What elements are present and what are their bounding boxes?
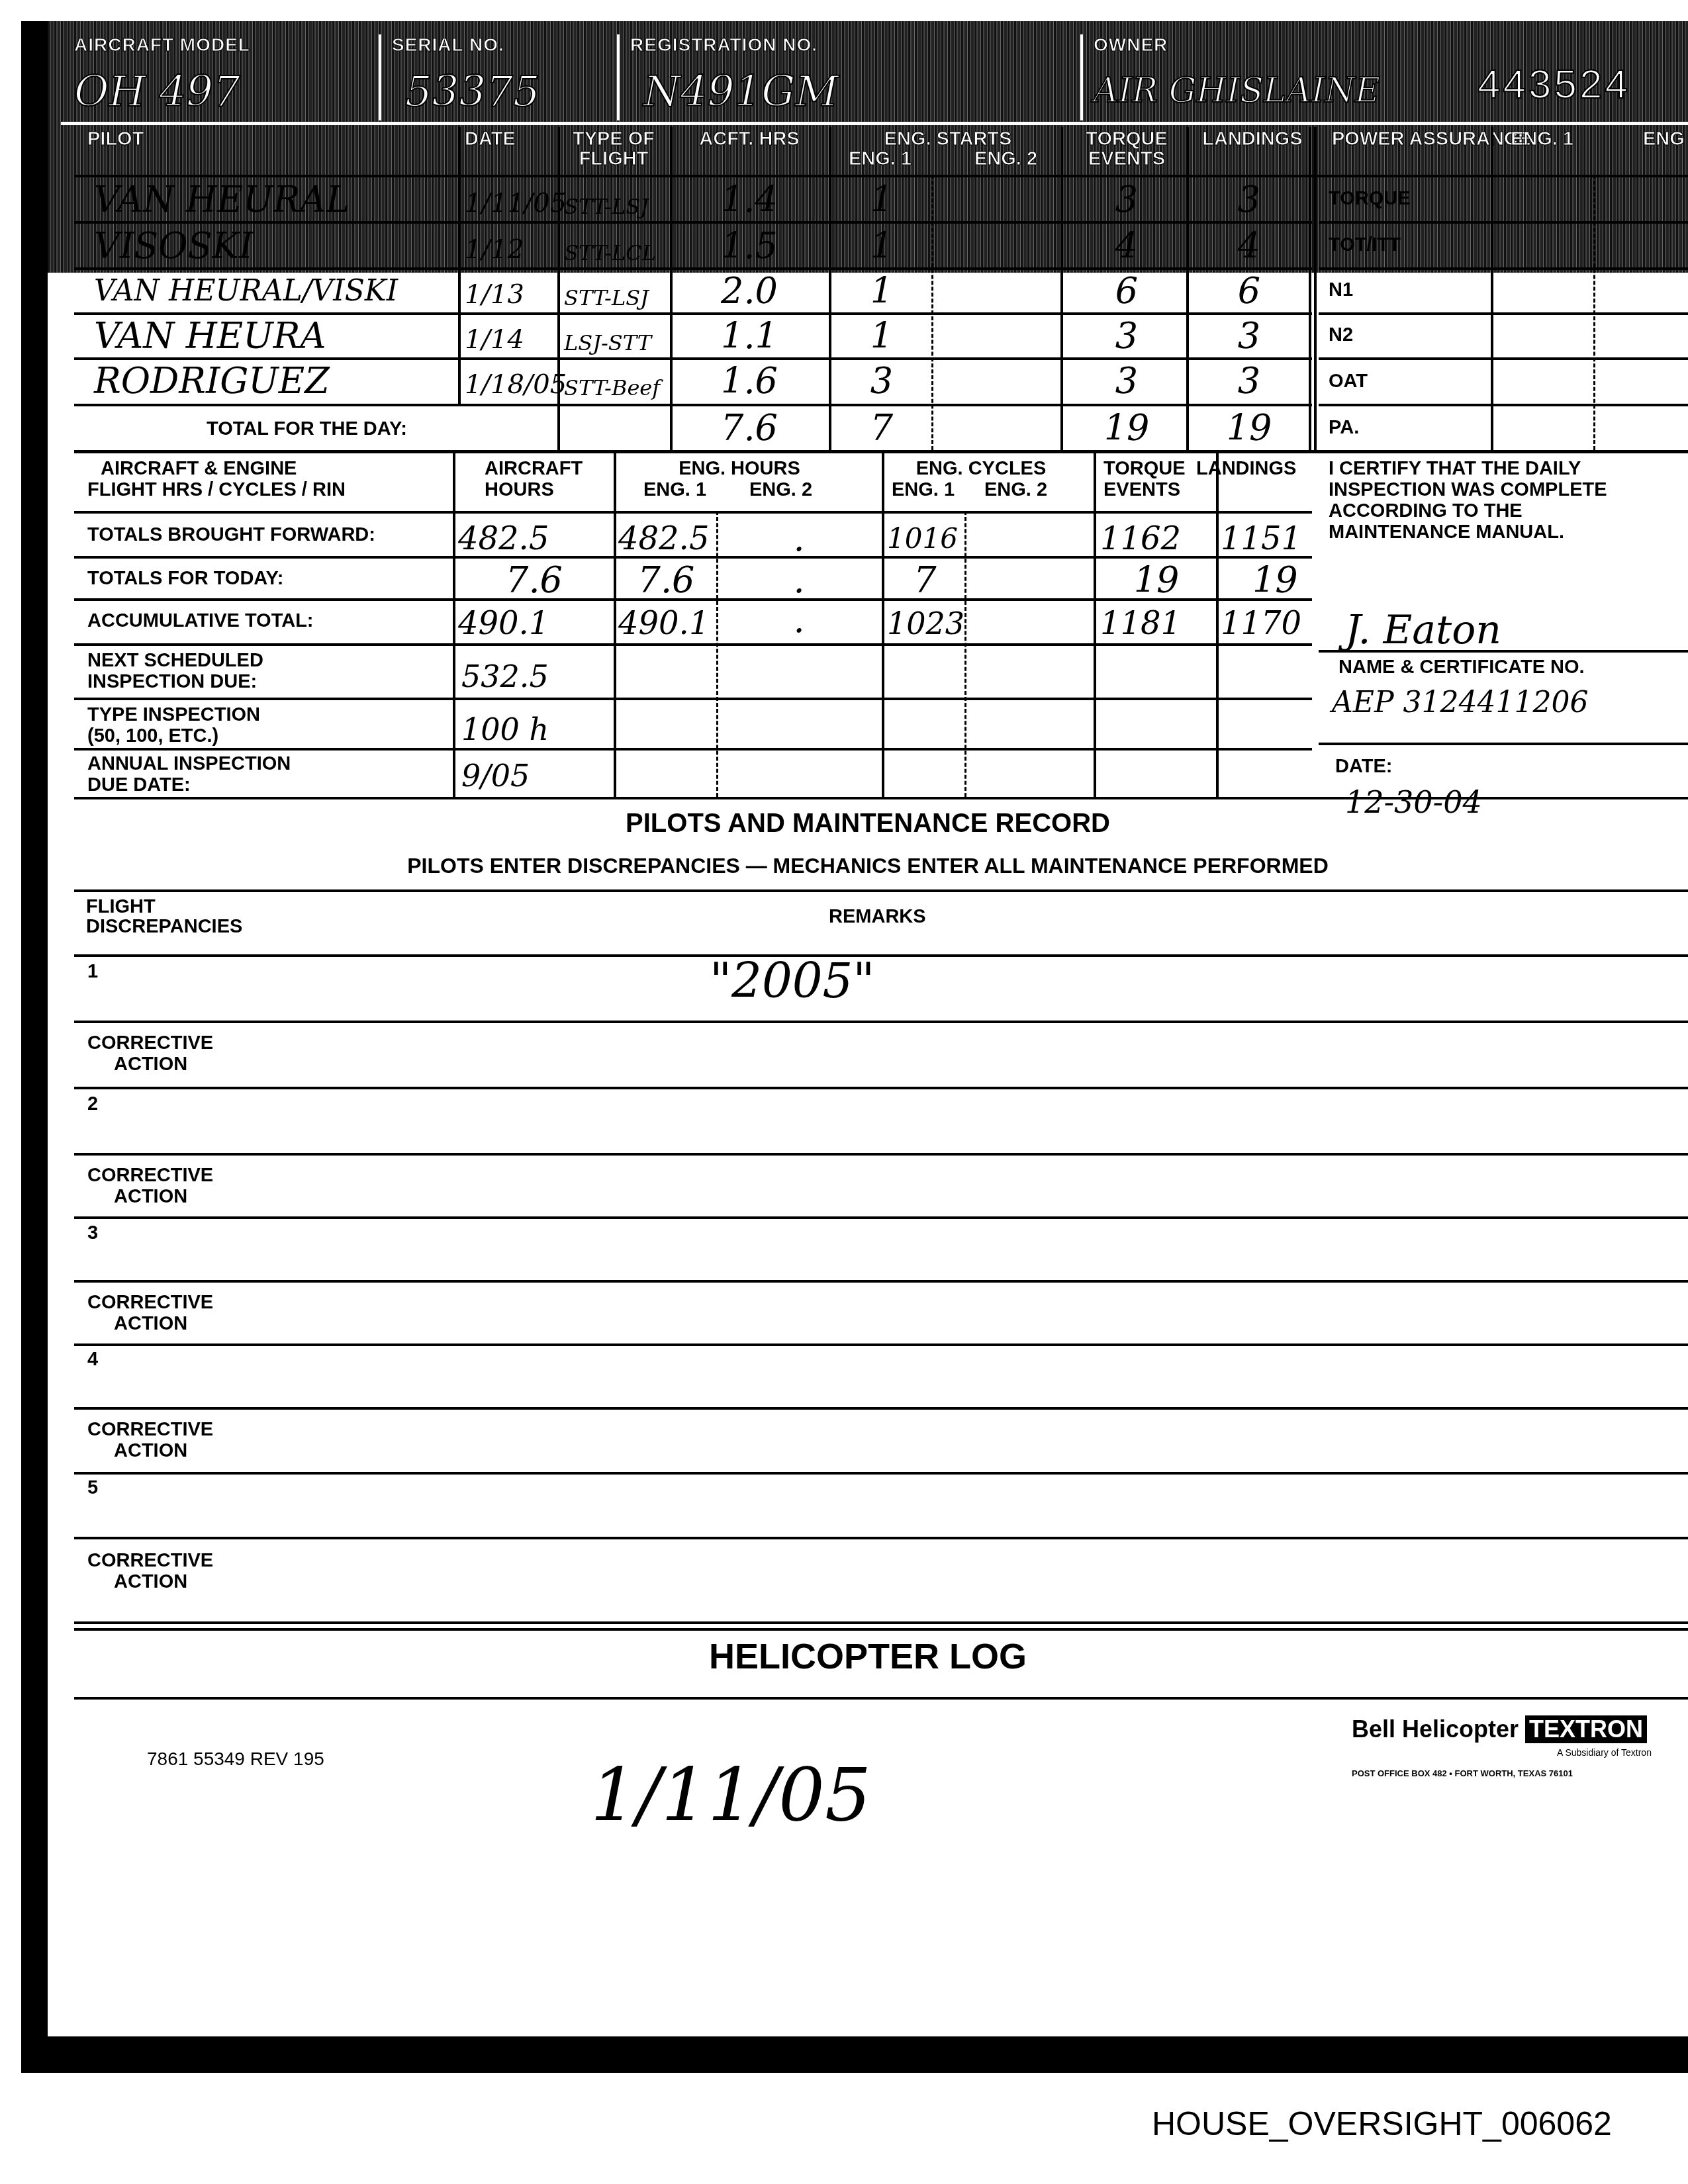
aircraft-model-label: AIRCRAFT MODEL (74, 34, 250, 56)
corrective-label: CORRECTIVE (87, 1032, 213, 1054)
pilot-name: VISOSKI (94, 226, 253, 266)
flight-label: FLIGHT (86, 896, 156, 917)
torque-events: 3 (1067, 316, 1186, 356)
col-pilot: PILOT (87, 128, 144, 150)
pilot-name: RODRIGUEZ (94, 361, 330, 401)
row-label: ACCUMULATIVE TOTAL: (87, 610, 314, 631)
corrective-label: CORRECTIVE (87, 1165, 213, 1186)
aircraft-model-value: OH 497 (74, 68, 240, 116)
col-eng-hours-2: ENG. 2 (749, 479, 812, 500)
maintenance-record-title: PILOTS AND MAINTENANCE RECORD (48, 809, 1688, 839)
corrective-label: CORRECTIVE (87, 1292, 213, 1313)
brand-name: Bell Helicopter (1352, 1715, 1519, 1743)
acft-hrs: 2.0 (677, 271, 822, 311)
col-flight: FLIGHT (564, 148, 663, 169)
landings: 3 (1190, 361, 1309, 401)
bell-helicopter-logo: Bell Helicopter TEXTRON (1352, 1715, 1647, 1743)
pilot-name: VAN HEURA (94, 316, 326, 356)
eng-hours-1: 482.5 (618, 519, 709, 559)
flight-type: STT-LCL (564, 233, 656, 273)
col-eng-hours-1: ENG. 1 (643, 479, 706, 500)
col-eng-cycles: ENG. CYCLES (885, 458, 1077, 479)
eng-hours-2: . (720, 561, 878, 600)
next-inspection-label-2: INSPECTION DUE: (87, 671, 257, 692)
type-inspection-label-2: (50, 100, ETC.) (87, 725, 218, 747)
handwritten-date: 1/11/05 (590, 1755, 871, 1835)
col-eng-cycles-1: ENG. 1 (892, 479, 955, 500)
totals-header-2: FLIGHT HRS / CYCLES / RIN (87, 479, 346, 500)
annual-inspection-label-2: DUE DATE: (87, 774, 191, 796)
landings: 1170 (1221, 604, 1301, 643)
col-type-of: TYPE OF (564, 128, 663, 150)
bates-number: HOUSE_OVERSIGHT_006062 (1152, 2105, 1612, 2143)
flight-type: LSJ-STT (564, 323, 651, 363)
corrective-label: CORRECTIVE (87, 1550, 213, 1571)
annual-inspection-value: 9/05 (461, 756, 530, 796)
total-acft-hrs: 7.6 (677, 408, 822, 448)
pa-tot-itt: TOT/ITT (1329, 234, 1401, 255)
owner-label: OWNER (1094, 34, 1168, 56)
name-certificate-label: NAME & CERTIFICATE NO. (1338, 657, 1585, 678)
entry-number: 4 (87, 1349, 98, 1370)
entry-number: 3 (87, 1222, 98, 1244)
action-label: ACTION (114, 1054, 187, 1075)
eng1-starts: 1 (835, 180, 928, 220)
maintenance-record-subtitle: PILOTS ENTER DISCREPANCIES — MECHANICS E… (48, 854, 1688, 878)
eng1-starts: 1 (835, 271, 928, 311)
pa-torque: TORQUE (1329, 188, 1411, 209)
landings: 4 (1190, 226, 1309, 266)
col-eng-starts-1: ENG. 1 (849, 148, 912, 169)
torque-events: 4 (1067, 226, 1186, 266)
pilot-name: VAN HEURAL/VISKI (94, 271, 398, 311)
col-aircraft: AIRCRAFT (485, 458, 583, 479)
torque-events: 3 (1067, 361, 1186, 401)
eng-hours-2: . (720, 600, 878, 640)
eng1-starts: 1 (835, 226, 928, 266)
corrective-label: CORRECTIVE (87, 1419, 213, 1440)
flight-type: STT-Beef (564, 368, 660, 408)
action-label: ACTION (114, 1313, 187, 1334)
row-label: TOTALS BROUGHT FORWARD: (87, 524, 375, 545)
action-label: ACTION (114, 1186, 187, 1207)
remark-text: "2005" (710, 961, 874, 1001)
col-power-assurance: POWER ASSURANCE (1332, 128, 1491, 150)
col-eng-starts-2: ENG. 2 (974, 148, 1037, 169)
log-number: 443524 (1477, 61, 1630, 108)
col-pa-eng1: ENG. 1 (1511, 128, 1573, 150)
torque-events: 3 (1067, 180, 1186, 220)
flight-date: 1/18/05 (465, 365, 567, 404)
acft-hrs: 1.4 (677, 180, 822, 220)
eng-hours-2: . (720, 519, 878, 559)
eng1-starts: 3 (835, 361, 928, 401)
type-inspection-label-1: TYPE INSPECTION (87, 704, 260, 725)
pilot-name: VAN HEURAL (94, 180, 350, 220)
type-inspection-value: 100 h (461, 709, 549, 749)
landings: 1151 (1221, 519, 1301, 559)
form-number: 7861 55349 REV 195 (147, 1749, 324, 1770)
eng-cycles-1: 1023 (887, 604, 964, 643)
pa-n2: N2 (1329, 324, 1353, 345)
aircraft-hours: 482.5 (458, 519, 549, 559)
entry-number: 5 (87, 1477, 98, 1498)
col-events: EVENTS (1067, 148, 1186, 169)
aircraft-hours: 490.1 (458, 604, 549, 643)
col-eng-hours: ENG. HOURS (614, 458, 865, 479)
total-for-day-label: TOTAL FOR THE DAY: (207, 418, 407, 439)
landings: 19 (1252, 561, 1298, 600)
torque-events: 6 (1067, 271, 1186, 311)
pa-n1: N1 (1329, 279, 1353, 300)
eng-cycles-1: 1016 (887, 519, 958, 559)
scanned-page: AIRCRAFT MODEL OH 497 SERIAL NO. 53375 R… (21, 21, 1688, 2073)
helicopter-log-title: HELICOPTER LOG (48, 1636, 1688, 1677)
certify-line-3: ACCORDING TO THE (1329, 500, 1523, 522)
pa-oat: OAT (1329, 371, 1368, 392)
total-landings: 19 (1190, 408, 1309, 448)
serial-no-label: SERIAL NO. (392, 34, 504, 56)
owner-value: AIR GHISLAINE (1094, 71, 1380, 111)
certify-line-2: INSPECTION WAS COMPLETE (1329, 479, 1607, 500)
action-label: ACTION (114, 1440, 187, 1461)
eng-cycles-1: 7 (887, 561, 963, 600)
col-acft-hrs: ACFT. HRS (677, 128, 822, 150)
certify-line-1: I CERTIFY THAT THE DAILY (1329, 458, 1581, 479)
cert-date-label: DATE: (1335, 756, 1392, 777)
discrepancies-label: DISCREPANCIES (86, 916, 242, 937)
pa-pa: PA. (1329, 417, 1359, 438)
helicopter-log-form: AIRCRAFT MODEL OH 497 SERIAL NO. 53375 R… (48, 21, 1688, 2036)
torque-events: 1181 (1100, 604, 1181, 643)
flight-date: 1/12 (465, 230, 524, 269)
inspector-signature: J. Eaton (1345, 610, 1501, 650)
address: POST OFFICE BOX 482 • FORT WORTH, TEXAS … (1352, 1768, 1573, 1778)
flight-type: STT-LSJ (564, 278, 649, 318)
col-events-2: EVENTS (1103, 479, 1180, 500)
subsidiary-text: A Subsidiary of Textron (1557, 1747, 1652, 1758)
col-eng-cycles-2: ENG. 2 (984, 479, 1047, 500)
total-eng1-starts: 7 (835, 408, 928, 448)
flight-type: STT-LSJ (564, 187, 649, 226)
certify-line-4: MAINTENANCE MANUAL. (1329, 522, 1564, 543)
registration-no-label: REGISTRATION NO. (630, 34, 818, 56)
col-landings-2: LANDINGS (1196, 458, 1296, 479)
next-inspection-label-1: NEXT SCHEDULED (87, 650, 263, 671)
col-landings: LANDINGS (1190, 128, 1315, 150)
col-hours: HOURS (485, 479, 554, 500)
eng-hours-1: 7.6 (618, 561, 714, 600)
landings: 6 (1190, 271, 1309, 311)
col-eng-starts: ENG. STARTS (835, 128, 1060, 150)
row-label: TOTALS FOR TODAY: (87, 568, 283, 589)
landings: 3 (1190, 180, 1309, 220)
registration-no-value: N491GM (643, 68, 839, 116)
certificate-number: AEP 3124411206 (1332, 683, 1588, 723)
acft-hrs: 1.6 (677, 361, 822, 401)
next-inspection-value: 532.5 (461, 657, 549, 696)
col-torque-2: TORQUE (1103, 458, 1186, 479)
flight-date: 1/14 (465, 320, 524, 359)
remarks-label: REMARKS (829, 906, 926, 927)
entry-number: 1 (87, 961, 98, 982)
action-label: ACTION (114, 1571, 187, 1592)
acft-hrs: 1.1 (677, 316, 822, 356)
eng1-starts: 1 (835, 316, 928, 356)
total-torque: 19 (1067, 408, 1186, 448)
flight-date: 1/13 (465, 275, 524, 314)
flight-date: 1/11/05 (465, 183, 567, 223)
serial-no-value: 53375 (405, 68, 540, 116)
totals-header-1: AIRCRAFT & ENGINE (101, 458, 297, 479)
landings: 3 (1190, 316, 1309, 356)
acft-hrs: 1.5 (677, 226, 822, 266)
col-torque: TORQUE (1067, 128, 1186, 150)
entry-number: 2 (87, 1093, 98, 1115)
torque-events: 1162 (1100, 519, 1181, 559)
col-date: DATE (465, 128, 516, 150)
aircraft-hours: 7.6 (458, 561, 610, 600)
textron-box: TEXTRON (1525, 1715, 1647, 1743)
col-pa-eng2: ENG (1643, 128, 1685, 150)
torque-events: 19 (1100, 561, 1213, 600)
annual-inspection-label-1: ANNUAL INSPECTION (87, 753, 291, 774)
eng-hours-1: 490.1 (618, 604, 709, 643)
